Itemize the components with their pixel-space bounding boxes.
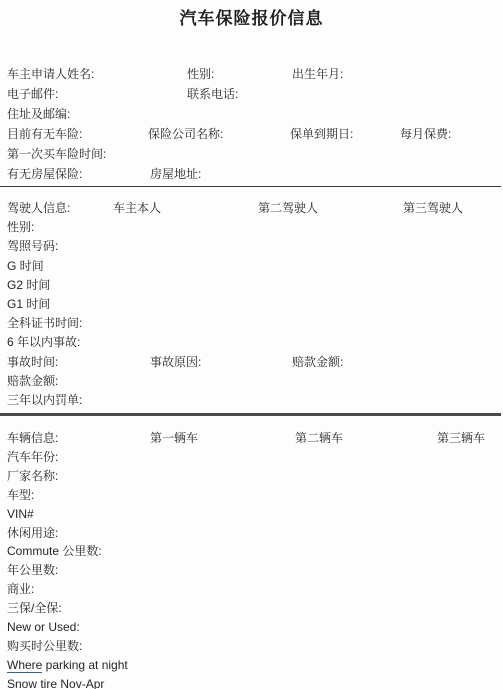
g2-time-row: G2 时间 (0, 277, 503, 296)
applicant-row-5: 第一次买车险时间: (0, 146, 503, 166)
new-or-used-row: New or Used: (0, 619, 503, 638)
page-title: 汽车保险报价信息 (0, 9, 503, 29)
vin-row: VIN# (0, 506, 503, 525)
vehicle-col-first-label: 第一辆车 (150, 431, 198, 446)
section-divider-1 (0, 186, 501, 187)
current-insurance-label: 目前有无车险: (7, 127, 82, 142)
coverage-row: 三保/全保: (0, 600, 503, 619)
phone-label: 联系电话: (187, 87, 238, 102)
g-time-label: G 时间 (7, 259, 44, 274)
vehicles-section: 车辆信息: 第一辆车 第二辆车 第三辆车 汽车年份: 厂家名称: 车型: VIN… (0, 430, 503, 689)
commute-km-label: Commute 公里数: (7, 544, 102, 559)
policy-expiry-label: 保单到期日: (290, 127, 353, 142)
first-purchase-time-label: 第一次买车险时间: (7, 147, 106, 162)
home-address-label: 房屋地址: (150, 167, 201, 182)
accident-time-label: 事故时间: (7, 355, 58, 370)
business-row: 商业: (0, 581, 503, 600)
insurance-quote-form: 汽车保险报价信息 车主申请人姓名: 性别: 出生年月: 电子邮件: 联系电话: … (0, 0, 503, 689)
g1-time-label: G1 时间 (7, 297, 50, 312)
applicant-section: 车主申请人姓名: 性别: 出生年月: 电子邮件: 联系电话: 住址及邮编: 目前… (0, 66, 503, 186)
business-label: 商业: (7, 582, 34, 597)
full-cert-time-label: 全科证书时间: (7, 316, 82, 331)
applicant-row-2: 电子邮件: 联系电话: (0, 86, 503, 106)
driver-license-row: 驾照号码: (0, 238, 503, 257)
tickets-3yr-label: 三年以内罚单: (7, 393, 82, 408)
email-label: 电子邮件: (7, 87, 58, 102)
coverage-label: 三保/全保: (7, 601, 62, 616)
model-row: 车型: (0, 487, 503, 506)
vehicles-section-label: 车辆信息: (7, 431, 58, 446)
leisure-use-row: 休闲用途: (0, 525, 503, 544)
g1-time-row: G1 时间 (0, 296, 503, 315)
claim-amount-label: 赔款金额: (292, 355, 343, 370)
tickets-3yr-row: 三年以内罚单: (0, 392, 503, 411)
applicant-row-3: 住址及邮编: (0, 106, 503, 126)
annual-km-label: 年公里数: (7, 563, 58, 578)
drivers-section: 驾驶人信息: 车主本人 第二驾驶人 第三驾驶人 性别: 驾照号码: G 时间 G… (0, 200, 503, 411)
new-or-used-label: New or Used: (7, 620, 80, 635)
license-number-label: 驾照号码: (7, 239, 58, 254)
vehicle-year-row: 汽车年份: (0, 449, 503, 468)
applicant-row-6: 有无房屋保险: 房屋地址: (0, 166, 503, 186)
parking-at-night-label: Where parking at night (7, 658, 128, 673)
driver-gender-label: 性别: (7, 220, 34, 235)
accidents-6yr-label: 6 年以内事故: (7, 335, 80, 350)
accidents-6yr-row: 6 年以内事故: (0, 334, 503, 353)
vehicle-col-third-label: 第三辆车 (437, 431, 485, 446)
vehicles-header-row: 车辆信息: 第一辆车 第二辆车 第三辆车 (0, 430, 503, 449)
snow-tire-row: Snow tire Nov-Apr (0, 676, 503, 689)
vin-label: VIN# (7, 507, 34, 522)
manufacturer-label: 厂家名称: (7, 469, 58, 484)
vehicle-col-second-label: 第二辆车 (295, 431, 343, 446)
driver-gender-row: 性别: (0, 219, 503, 238)
g2-time-label: G2 时间 (7, 278, 50, 293)
home-insurance-label: 有无房屋保险: (7, 167, 82, 182)
owner-name-label: 车主申请人姓名: (7, 67, 94, 82)
monthly-premium-label: 每月保费: (400, 127, 451, 142)
applicant-row-1: 车主申请人姓名: 性别: 出生年月: (0, 66, 503, 86)
address-zip-label: 住址及邮编: (7, 107, 70, 122)
g-time-row: G 时间 (0, 258, 503, 277)
accident-reason-label: 事故原因: (150, 355, 201, 370)
accident-detail-row: 事故时间: 事故原因: 赔款金额: (0, 354, 503, 373)
leisure-use-label: 休闲用途: (7, 526, 58, 541)
drivers-section-label: 驾驶人信息: (7, 201, 70, 216)
snow-tire-label: Snow tire Nov-Apr (7, 677, 104, 689)
parking-row: Where parking at night (0, 657, 503, 676)
manufacturer-row: 厂家名称: (0, 468, 503, 487)
full-cert-row: 全科证书时间: (0, 315, 503, 334)
driver-col-third-label: 第三驾驶人 (403, 201, 463, 216)
driver-col-second-label: 第二驾驶人 (258, 201, 318, 216)
purchase-km-row: 购买时公里数: (0, 638, 503, 657)
annual-km-row: 年公里数: (0, 562, 503, 581)
parking-underlined-word: Where (7, 658, 42, 674)
section-divider-2 (0, 413, 501, 416)
applicant-row-4: 目前有无车险: 保险公司名称: 保单到期日: 每月保费: (0, 126, 503, 146)
drivers-header-row: 驾驶人信息: 车主本人 第二驾驶人 第三驾驶人 (0, 200, 503, 219)
birth-date-label: 出生年月: (292, 67, 343, 82)
purchase-km-label: 购买时公里数: (7, 639, 82, 654)
claim-amount2-label: 赔款金额: (7, 374, 58, 389)
claim-amount-row: 赔款金额: (0, 373, 503, 392)
gender-label: 性别: (187, 67, 214, 82)
insurer-name-label: 保险公司名称: (148, 127, 223, 142)
commute-km-row: Commute 公里数: (0, 543, 503, 562)
driver-col-owner-label: 车主本人 (113, 201, 161, 216)
model-label: 车型: (7, 488, 34, 503)
parking-rest-text: parking at night (42, 658, 127, 672)
vehicle-year-label: 汽车年份: (7, 450, 58, 465)
